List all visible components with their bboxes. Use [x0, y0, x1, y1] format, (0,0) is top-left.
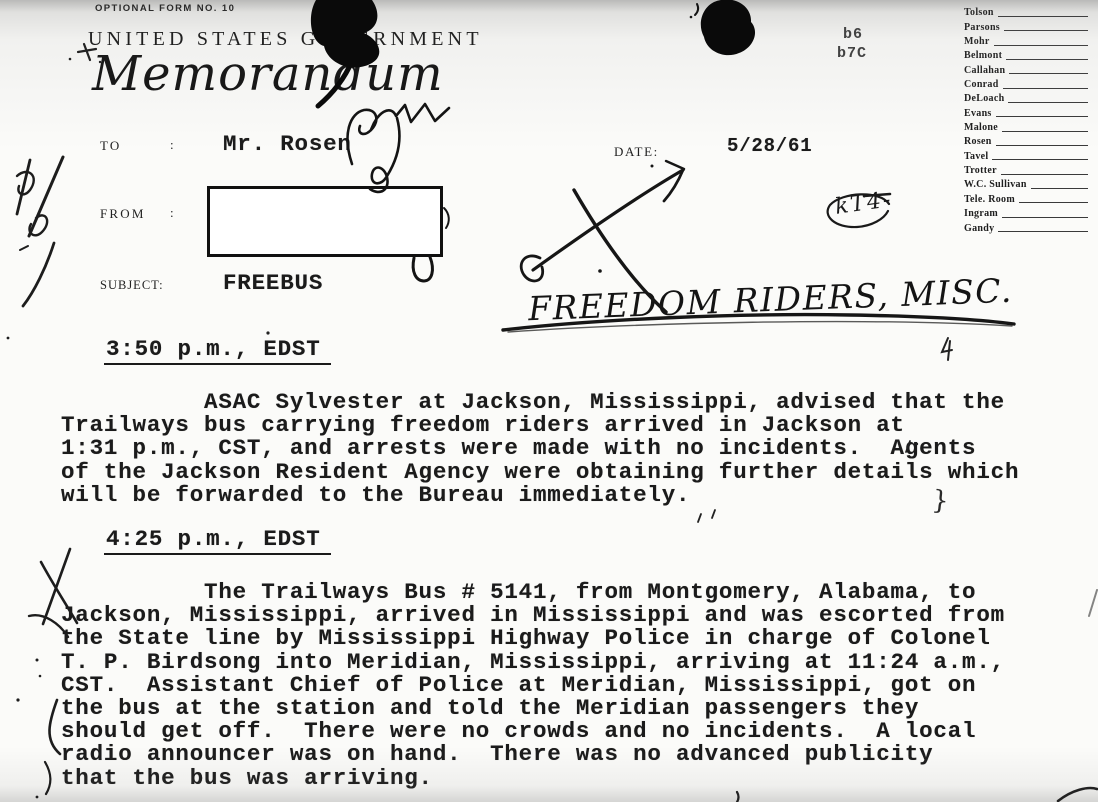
routing-rule-line — [998, 16, 1088, 17]
routing-name: Mohr — [964, 36, 990, 48]
routing-name: Rosen — [964, 136, 992, 148]
body-line: of the Jackson Resident Agency were obta… — [61, 461, 1019, 484]
routing-rule-line — [1003, 88, 1088, 89]
routing-list: Tolson Parsons Mohr Belmont Callahan Con… — [964, 5, 1090, 235]
routing-rule-line — [1006, 59, 1088, 60]
routing-row: Parsons — [964, 19, 1090, 33]
section-paragraph-425pm: The Trailways Bus # 5141, from Montgomer… — [61, 581, 1005, 790]
routing-row: Tele. Room — [964, 191, 1090, 205]
routing-row: Tavel — [964, 148, 1090, 162]
routing-row: Ingram — [964, 206, 1090, 220]
routing-name: Gandy — [964, 223, 994, 235]
routing-rule-line — [1008, 102, 1088, 103]
routing-rule-line — [994, 45, 1088, 46]
routing-row: Evans — [964, 105, 1090, 119]
body-line: that the bus was arriving. — [61, 767, 1005, 790]
routing-rule-line — [996, 145, 1088, 146]
routing-rule-line — [992, 159, 1088, 160]
body-line: the bus at the station and told the Meri… — [61, 697, 1005, 720]
body-line: Jackson, Mississippi, arrived in Mississ… — [61, 604, 1005, 627]
routing-rule-line — [1031, 188, 1088, 189]
routing-rule-line — [996, 116, 1088, 117]
to-colon: : — [170, 137, 176, 153]
body-line: radio announcer was on hand. There was n… — [61, 743, 1005, 766]
routing-row: W.C. Sullivan — [964, 177, 1090, 191]
routing-row: Callahan — [964, 62, 1090, 76]
routing-name: Conrad — [964, 79, 999, 91]
section-heading-350pm: 3:50 p.m., EDST — [104, 339, 331, 365]
routing-rule-line — [1004, 30, 1088, 31]
foia-code-b6: b6 — [843, 26, 863, 43]
routing-name: Belmont — [964, 50, 1002, 62]
routing-rule-line — [1001, 174, 1088, 175]
body-line: T. P. Birdsong into Meridian, Mississipp… — [61, 651, 1005, 674]
routing-name: Tolson — [964, 7, 994, 19]
routing-rule-line — [1002, 217, 1088, 218]
body-line: 1:31 p.m., CST, and arrests were made wi… — [61, 437, 1019, 460]
routing-rule-line — [1019, 202, 1088, 203]
subject-value: FREEBUS — [223, 270, 323, 296]
routing-rule-line — [1009, 73, 1088, 74]
body-line: ASAC Sylvester at Jackson, Mississippi, … — [61, 391, 1019, 414]
form-number: OPTIONAL FORM NO. 10 — [95, 3, 235, 14]
routing-row: Conrad — [964, 77, 1090, 91]
ink-blot-top-center — [690, 0, 755, 55]
to-label: TO — [100, 138, 122, 154]
memo-title: Memorandum — [92, 46, 444, 102]
routing-row: Malone — [964, 120, 1090, 134]
routing-name: DeLoach — [964, 93, 1004, 105]
subject-label: SUBJECT: — [100, 278, 164, 293]
routing-rule-line — [1002, 131, 1088, 132]
routing-name: Tavel — [964, 151, 988, 163]
date-value: 5/28/61 — [727, 135, 812, 157]
margin-scrawl-upper — [17, 157, 63, 306]
memo-document-page: OPTIONAL FORM NO. 10 UNITED STATES GOVER… — [0, 0, 1098, 802]
routing-row: Belmont — [964, 48, 1090, 62]
routing-row: Mohr — [964, 34, 1090, 48]
routing-name: Ingram — [964, 208, 998, 220]
routing-name: W.C. Sullivan — [964, 179, 1027, 191]
body-line: The Trailways Bus # 5141, from Montgomer… — [61, 581, 1005, 604]
routing-row: Tolson — [964, 5, 1090, 19]
redaction-box — [207, 186, 443, 257]
routing-name: Evans — [964, 108, 992, 120]
section-paragraph-350pm: ASAC Sylvester at Jackson, Mississippi, … — [61, 391, 1019, 507]
routing-name: Malone — [964, 122, 998, 134]
body-line: CST. Assistant Chief of Police at Meridi… — [61, 674, 1005, 697]
reviewer-initials-handwriting: kT4- — [834, 187, 894, 220]
body-line: will be forwarded to the Bureau immediat… — [61, 484, 1019, 507]
routing-name: Callahan — [964, 65, 1005, 77]
from-label: FROM — [100, 206, 146, 222]
to-value: Mr. Rosen — [223, 131, 352, 157]
section-heading-425pm: 4:25 p.m., EDST — [104, 529, 331, 555]
routing-name: Parsons — [964, 22, 1000, 34]
body-line: should get off. There were no crowds and… — [61, 720, 1005, 743]
date-label: DATE: — [614, 144, 659, 160]
routing-rule-line — [998, 231, 1088, 232]
routing-row: Gandy — [964, 220, 1090, 234]
routing-name: Tele. Room — [964, 194, 1015, 206]
body-line: the State line by Mississippi Highway Po… — [61, 627, 1005, 650]
case-caption-handwriting: FREEDOM RIDERS, MISC. — [527, 271, 1013, 329]
body-line: Trailways bus carrying freedom riders ar… — [61, 414, 1019, 437]
foia-code-b7c: b7C — [837, 45, 867, 62]
routing-row: Trotter — [964, 163, 1090, 177]
routing-row: Rosen — [964, 134, 1090, 148]
from-colon: : — [170, 205, 176, 221]
routing-name: Trotter — [964, 165, 997, 177]
routing-row: DeLoach — [964, 91, 1090, 105]
